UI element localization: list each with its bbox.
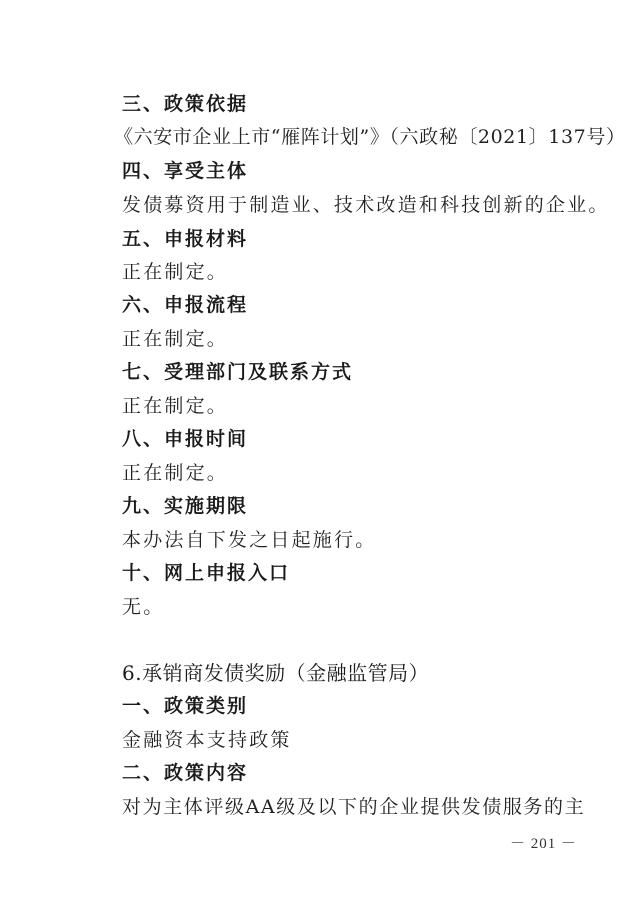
section-heading-policy-content: 二、政策内容 — [122, 761, 248, 785]
section-heading-eligible-entity: 四、享受主体 — [122, 159, 248, 183]
section-heading-department-contact: 七、受理部门及联系方式 — [122, 360, 353, 384]
page-number: － 201 － — [510, 832, 577, 853]
materials-text: 正在制定。 — [122, 260, 228, 284]
policy-category-text: 金融资本支持政策 — [122, 728, 292, 752]
section-heading-online-entry: 十、网上申报入口 — [122, 561, 290, 585]
process-text: 正在制定。 — [122, 327, 228, 351]
eligible-entity-text: 发债募资用于制造业、技术改造和科技创新的企业。 — [122, 193, 610, 217]
validity-period-text: 本办法自下发之日起施行。 — [122, 528, 376, 552]
online-entry-text: 无。 — [122, 595, 164, 619]
section-heading-application-time: 八、申报时间 — [122, 427, 248, 451]
section-heading-materials: 五、申报材料 — [122, 227, 248, 251]
document-page: 三、政策依据 《六安市企业上市“雁阵计划”》（六政秘〔2021〕137号） 四、… — [0, 0, 642, 907]
department-contact-text: 正在制定。 — [122, 394, 228, 418]
section-heading-policy-category: 一、政策类别 — [122, 694, 248, 718]
policy-basis-text: 《六安市企业上市“雁阵计划”》（六政秘〔2021〕137号） — [114, 125, 626, 149]
application-time-text: 正在制定。 — [122, 461, 228, 485]
section-heading-policy-basis: 三、政策依据 — [122, 92, 248, 116]
policy-content-text: 对为主体评级AA级及以下的企业提供发债服务的主 — [122, 795, 585, 819]
policy-title: 6.承销商发债奖励（金融监管局） — [122, 661, 429, 685]
section-heading-process: 六、申报流程 — [122, 293, 248, 317]
section-heading-validity-period: 九、实施期限 — [122, 494, 248, 518]
